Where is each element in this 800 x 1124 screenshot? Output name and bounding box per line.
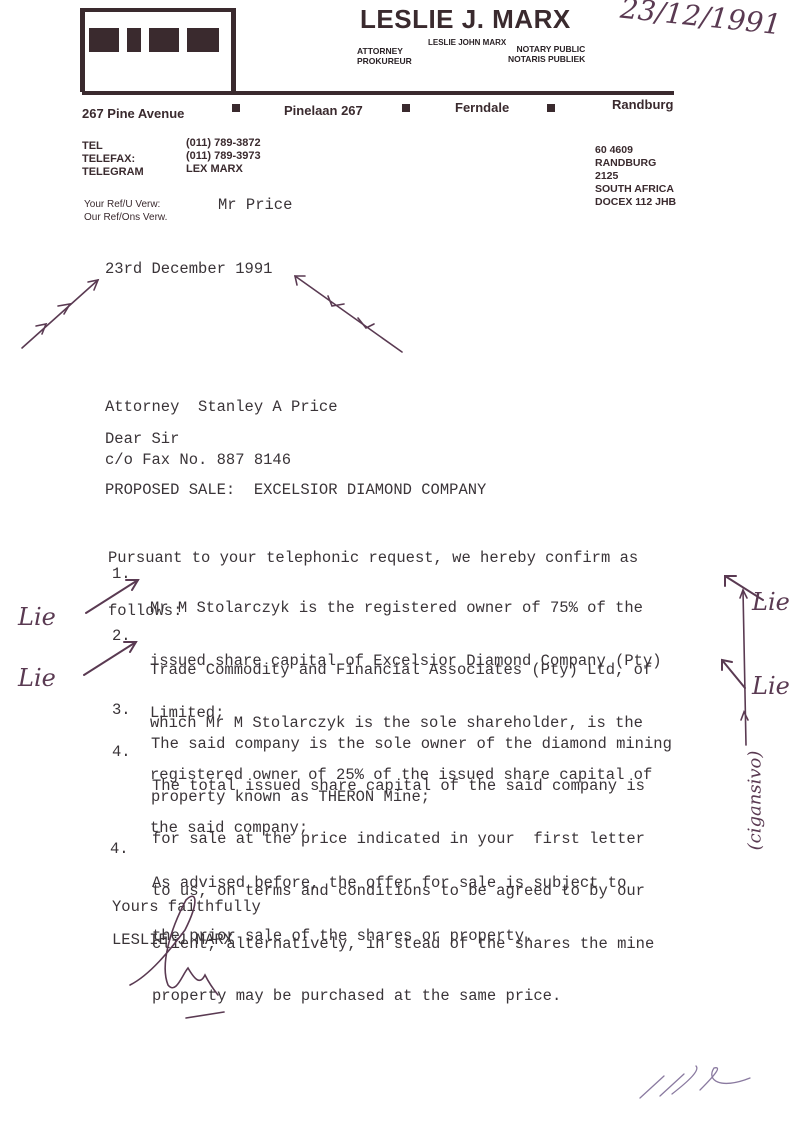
arrow-icon <box>22 280 98 348</box>
annotation-arrows <box>0 0 800 1124</box>
arrow-icon <box>295 276 402 352</box>
